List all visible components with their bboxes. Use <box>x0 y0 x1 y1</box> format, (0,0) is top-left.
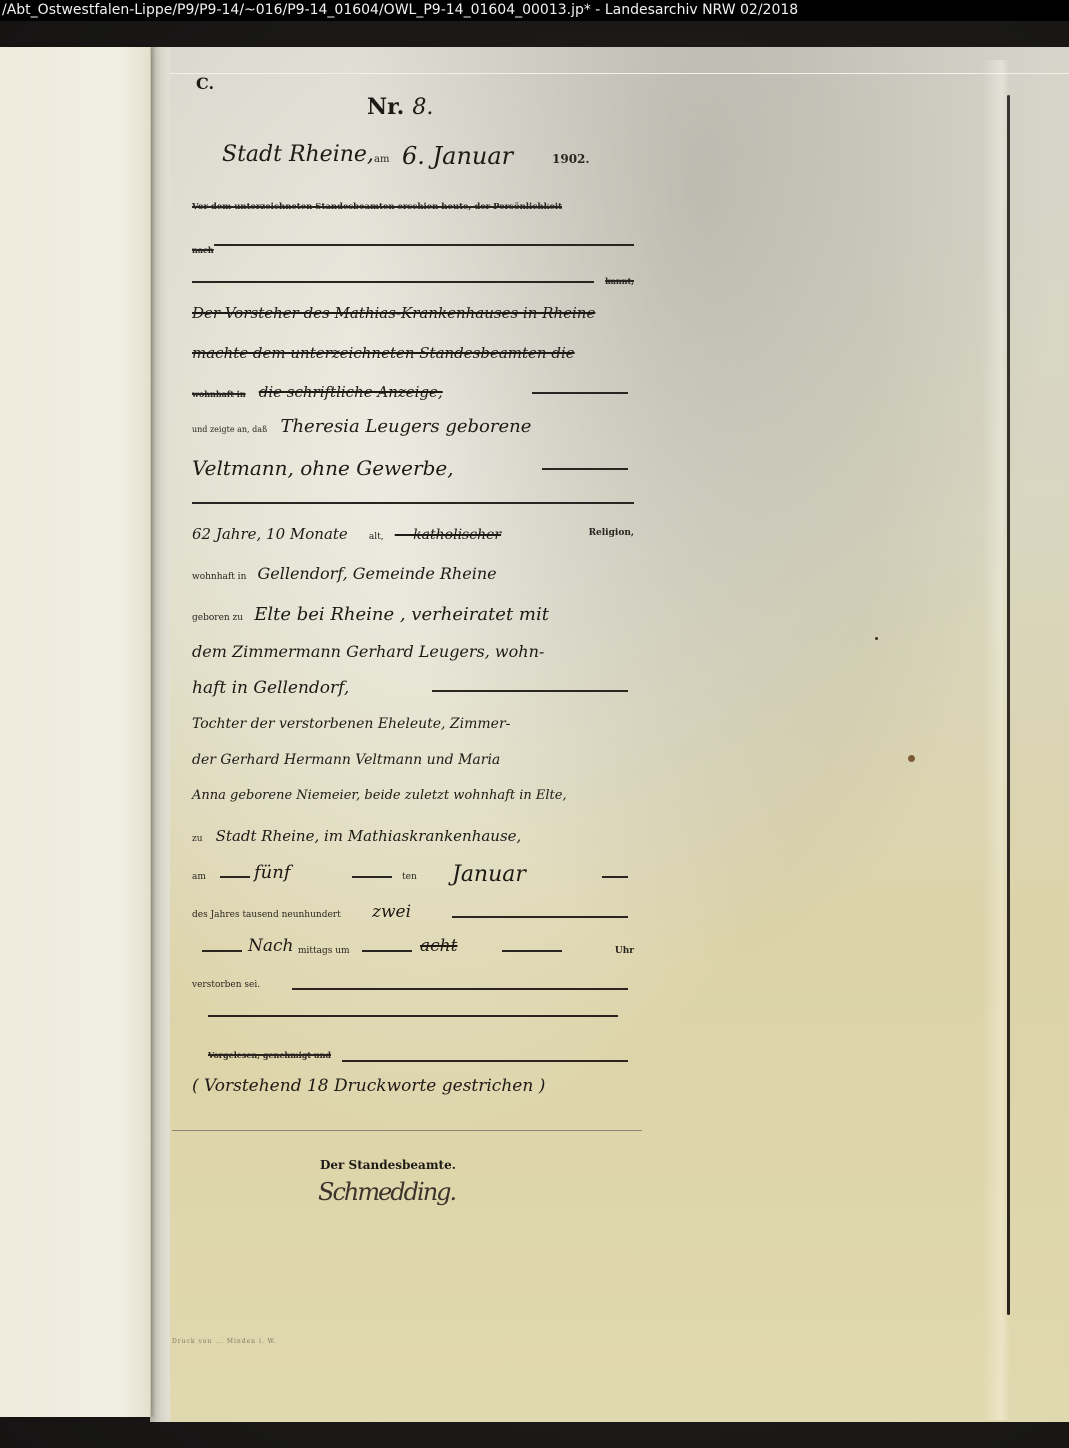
entry-label: wohnhaft in <box>192 389 246 399</box>
fill-line <box>542 468 628 470</box>
record-number: Nr.8. <box>367 94 433 120</box>
day-month: 6. Januar <box>402 142 513 170</box>
printer-note: Druck von ... Minden i. W. <box>172 1338 277 1345</box>
year-label: des Jahres tausend neunhundert <box>192 910 341 920</box>
fill-line <box>192 281 594 283</box>
time-prefix: Nach <box>248 936 293 956</box>
mittags-label: mittags um <box>298 946 350 956</box>
register-page-left <box>0 47 151 1417</box>
fill-line <box>452 916 628 918</box>
window-title: /Abt_Ostwestfalen-Lippe/P9/P9-14/~016/P9… <box>2 2 798 18</box>
nr-value: 8. <box>412 95 433 120</box>
birthplace-row: geboren zu Elte bei Rheine , verheiratet… <box>192 604 634 628</box>
fill-line <box>342 1060 628 1062</box>
closing-struck: Vorgelesen, genehmigt und <box>208 1050 331 1060</box>
entry-label: geboren zu <box>192 613 243 623</box>
fill-line <box>432 690 628 692</box>
struck-nach: nach <box>192 245 214 255</box>
separator-line <box>208 1015 618 1017</box>
separator-line <box>192 502 634 504</box>
parents-line: Tochter der verstorbenen Eheleute, Zimme… <box>192 716 634 732</box>
religion-label: Religion, <box>589 528 634 538</box>
entry-row: und zeigte an, daß Theresia Leugers gebo… <box>192 416 634 440</box>
entry-row: haft in Gellendorf, <box>192 678 634 702</box>
birthplace: Elte bei Rheine , verheiratet mit <box>254 604 549 625</box>
fill-line <box>532 392 628 394</box>
ink-dot <box>875 637 878 640</box>
separator-line <box>172 1130 642 1131</box>
remark: ( Vorstehend 18 Druckworte gestrichen ) <box>192 1076 634 1096</box>
entry-label: zu <box>192 834 203 844</box>
death-year-row: des Jahres tausend neunhundert zwei <box>192 902 634 924</box>
fill-line <box>502 950 562 952</box>
death-year: zwei <box>372 902 411 922</box>
registrar-signature: Schmedding. <box>318 1178 455 1206</box>
kannt-row: kannt, <box>192 274 634 288</box>
death-hour: acht <box>420 936 457 956</box>
window-title-bar: /Abt_Ostwestfalen-Lippe/P9/P9-14/~016/P9… <box>0 0 1069 21</box>
fill-line <box>602 876 628 878</box>
verstorben-row: verstorben sei. <box>192 976 634 994</box>
year: 1902. <box>552 152 590 166</box>
entry-text: die schriftliche Anzeige, <box>259 383 443 401</box>
deceased-name: Theresia Leugers geborene <box>280 416 531 437</box>
entry-line: Der Vorsteher des Mathias-Krankenhauses … <box>192 304 634 322</box>
am-label: am <box>192 872 206 882</box>
entry-label: wohnhaft in <box>192 572 246 582</box>
fill-line <box>220 876 250 878</box>
spouse-residence: haft in Gellendorf, <box>192 678 349 698</box>
death-place: Stadt Rheine, im Mathiaskrankenhause, <box>216 827 522 845</box>
death-record-form: C. Nr.8. Stadt Rheine, am 6. Januar 1902… <box>172 60 642 1150</box>
ten-label: ten <box>402 872 417 882</box>
struck-line: Vor dem unterzeichneten Standesbeamten e… <box>192 202 634 212</box>
religion: — katholischer <box>395 527 501 543</box>
residence-row: wohnhaft in Gellendorf, Gemeinde Rheine <box>192 564 634 588</box>
age-religion-row: 62 Jahre, 10 Monate alt, — katholischer … <box>192 524 634 548</box>
fill-line <box>214 244 634 246</box>
entry-row: wohnhaft in die schriftliche Anzeige, <box>192 382 634 404</box>
death-month: Januar <box>452 862 526 887</box>
fill-line <box>362 950 412 952</box>
fill-line <box>352 876 392 878</box>
nr-label: Nr. <box>367 94 404 120</box>
verstorben-label: verstorben sei. <box>192 980 260 990</box>
spouse-line: dem Zimmermann Gerhard Leugers, wohn- <box>192 642 634 661</box>
death-time-row: Nach mittags um acht Uhr <box>192 936 634 962</box>
uhr-label: Uhr <box>615 946 634 956</box>
closing-row: Vorgelesen, genehmigt und <box>192 1048 634 1064</box>
alt-label: alt, <box>369 532 384 542</box>
am-label: am <box>374 154 389 165</box>
birth-name: Veltmann, ohne Gewerbe, <box>192 456 454 480</box>
place: Stadt Rheine, <box>222 142 374 167</box>
entry-line: machte dem unterzeichneten Standesbeamte… <box>192 344 634 362</box>
signature-title: Der Standesbeamte. <box>320 1158 456 1172</box>
margin-rule <box>1007 95 1010 1315</box>
entry-row: Veltmann, ohne Gewerbe, <box>192 456 634 482</box>
fill-line <box>202 950 242 952</box>
page-fold <box>982 60 1010 1420</box>
page-gutter <box>150 47 170 1422</box>
form-letter: C. <box>196 74 214 93</box>
parents-line: Anna geborene Niemeier, beide zuletzt wo… <box>192 788 634 803</box>
ink-stain <box>908 755 915 762</box>
death-place-row: zu Stadt Rheine, im Mathiaskrankenhause, <box>192 826 634 850</box>
age: 62 Jahre, 10 Monate <box>192 525 348 543</box>
death-date-row: am fünf ten Januar <box>192 862 634 888</box>
residence: Gellendorf, Gemeinde Rheine <box>257 564 496 583</box>
fill-line <box>292 988 628 990</box>
death-day: fünf <box>254 862 291 883</box>
struck-kannt: kannt, <box>605 276 634 286</box>
nach-row: nach <box>192 238 634 250</box>
entry-label: und zeigte an, daß <box>192 425 267 434</box>
parents-line: der Gerhard Hermann Veltmann und Maria <box>192 752 634 768</box>
